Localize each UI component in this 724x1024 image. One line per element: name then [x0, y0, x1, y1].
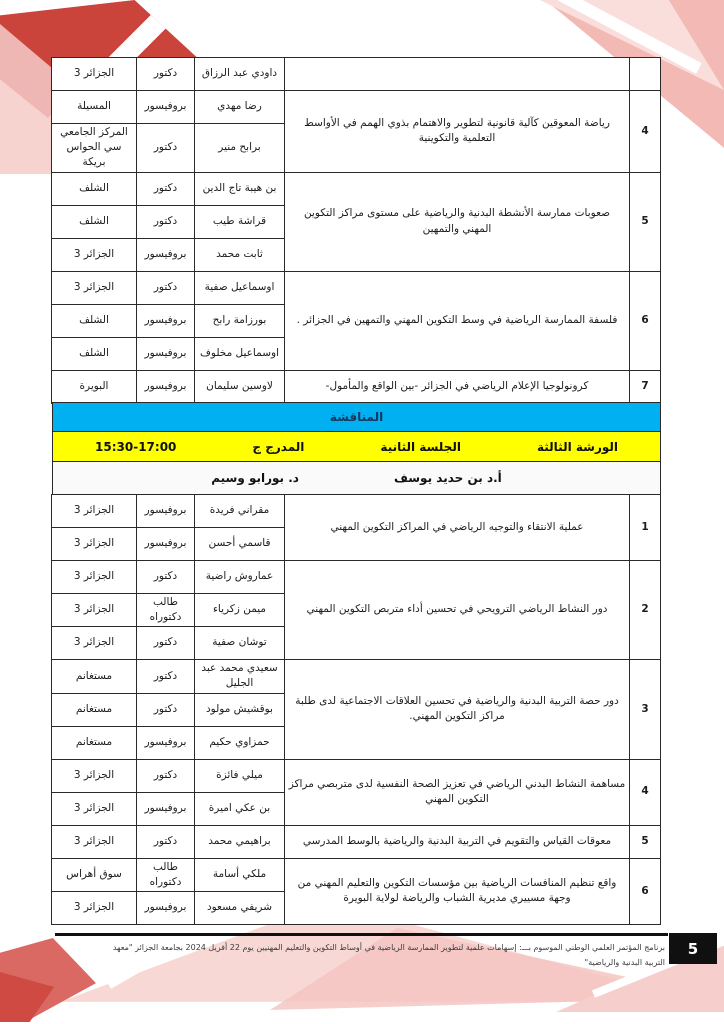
speaker-title: بروفيسور [137, 238, 195, 271]
chair1-name: أ.د بن حديد يوسف [394, 471, 502, 485]
speaker-name: ثابت محمد [195, 238, 285, 271]
speaker-title: طالب دكتوراه [137, 593, 195, 626]
speaker-affiliation: الجزائر 3 [52, 825, 137, 858]
speaker-name: ملكي أسامة [195, 858, 285, 891]
hall-label: المدرج ج [252, 440, 304, 454]
speaker-title: بروفيسور [137, 792, 195, 825]
speaker-title: بروفيسور [137, 370, 195, 403]
speaker-name: اوسماعيل مخلوف [195, 337, 285, 370]
speaker-name: برابح منير [195, 124, 285, 173]
speaker-name: شريفي مسعود [195, 891, 285, 924]
speaker-title: دكتور [137, 627, 195, 660]
page-number-badge: 5 [669, 933, 717, 964]
topic-cell: صعوبات ممارسة الأنشطة البدنية والرياضية … [285, 172, 630, 271]
row-number: 6 [630, 858, 661, 924]
speaker-affiliation: سوق أهراس [52, 858, 137, 891]
table-row: 3 دور حصة التربية البدنية والرياضية في ت… [52, 660, 661, 693]
row-number: 4 [630, 91, 661, 173]
row-number: 7 [630, 370, 661, 403]
program-content: داودي عبد الرزاق دكتور الجزائر 3 4 رياضة… [52, 57, 661, 925]
topic-cell: دور النشاط الرياضي الترويحي في تحسين أدا… [285, 560, 630, 659]
speaker-name: قراشة طيب [195, 205, 285, 238]
speaker-name: قاسمي أحسن [195, 527, 285, 560]
speaker-affiliation: الجزائر 3 [52, 238, 137, 271]
speaker-title: دكتور [137, 205, 195, 238]
row-number: 4 [630, 759, 661, 825]
table-row: 4 مساهمة النشاط البدني الرياضي في تعزيز … [52, 759, 661, 792]
speaker-name: مقراني فريدة [195, 494, 285, 527]
speaker-affiliation: مستغانم [52, 693, 137, 726]
speaker-affiliation: الشلف [52, 337, 137, 370]
topic-cell: معوقات القياس والتقويم في التربية البدني… [285, 825, 630, 858]
speaker-affiliation: الجزائر 3 [52, 792, 137, 825]
speaker-affiliation: البويرة [52, 370, 137, 403]
speaker-affiliation: المسيلة [52, 91, 137, 124]
speaker-name: اوسماعيل صفية [195, 271, 285, 304]
speaker-affiliation: الجزائر 3 [52, 891, 137, 924]
workshop3-table: 1 عملية الانتقاء والتوجيه الرياضي في الم… [51, 494, 661, 925]
topic-cell: فلسفة الممارسة الرياضية في وسط التكوين ا… [285, 271, 630, 370]
table-row: 7 كرونولوجيا الإعلام الرياضي في الجزائر … [52, 370, 661, 403]
table-row: داودي عبد الرزاق دكتور الجزائر 3 [52, 58, 661, 91]
row-number: 1 [630, 494, 661, 560]
row-number: 5 [630, 825, 661, 858]
document-page: داودي عبد الرزاق دكتور الجزائر 3 4 رياضة… [0, 0, 724, 1024]
speaker-name: بوقشيش مولود [195, 693, 285, 726]
workshop3-header-banner: الورشة الثالثة الجلسة الثانية المدرج ج 1… [52, 431, 661, 463]
chair2-name: د. بورابو وسيم [211, 471, 299, 485]
table-row: 4 رياضة المعوقين كآلية قانونية لتطوير وا… [52, 91, 661, 124]
speaker-affiliation: الشلف [52, 172, 137, 205]
speaker-name: ميلي فائزة [195, 759, 285, 792]
table-row: 5 صعوبات ممارسة الأنشطة البدنية والرياضي… [52, 172, 661, 205]
topic-cell: رياضة المعوقين كآلية قانونية لتطوير والا… [285, 91, 630, 173]
footer-note: برنامج المؤتمر العلمي الوطني الموسوم بــ… [95, 940, 665, 970]
table-row: 2 دور النشاط الرياضي الترويحي في تحسين أ… [52, 560, 661, 593]
discussion-banner: المناقشة [52, 402, 661, 432]
speaker-name: براهيمي محمد [195, 825, 285, 858]
speaker-affiliation: الجزائر 3 [52, 627, 137, 660]
topic-cell: كرونولوجيا الإعلام الرياضي في الجزائر -ب… [285, 370, 630, 403]
topic-cell: دور حصة التربية البدنية والرياضية في تحس… [285, 660, 630, 759]
row-number: 2 [630, 560, 661, 659]
speaker-title: دكتور [137, 560, 195, 593]
topic-cell: واقع تنظيم المنافسات الرياضية بين مؤسسات… [285, 858, 630, 924]
speaker-title: بروفيسور [137, 527, 195, 560]
speaker-title: دكتور [137, 271, 195, 304]
speaker-title: دكتور [137, 172, 195, 205]
speaker-name: داودي عبد الرزاق [195, 58, 285, 91]
speaker-title: دكتور [137, 58, 195, 91]
speaker-title: بروفيسور [137, 304, 195, 337]
speaker-title: بروفيسور [137, 494, 195, 527]
speaker-name: حمزاوي حكيم [195, 726, 285, 759]
speaker-title: دكتور [137, 759, 195, 792]
speaker-affiliation: الجزائر 3 [52, 593, 137, 626]
time-label: 15:30-17:00 [95, 440, 176, 454]
page-number: 5 [688, 940, 698, 958]
speaker-name: بورزامة رابح [195, 304, 285, 337]
speaker-name: لاوسين سليمان [195, 370, 285, 403]
workshop2-table: داودي عبد الرزاق دكتور الجزائر 3 4 رياضة… [51, 57, 661, 404]
speaker-affiliation: مستغانم [52, 660, 137, 693]
speaker-affiliation: الشلف [52, 205, 137, 238]
session-label: الجلسة الثانية [380, 440, 461, 454]
speaker-title: بروفيسور [137, 726, 195, 759]
speaker-affiliation: الجزائر 3 [52, 759, 137, 792]
session-chairs-row: أ.د بن حديد يوسف د. بورابو وسيم [52, 461, 661, 495]
topic-cell: مساهمة النشاط البدني الرياضي في تعزيز ال… [285, 759, 630, 825]
discussion-label: المناقشة [330, 410, 383, 424]
table-row: 1 عملية الانتقاء والتوجيه الرياضي في الم… [52, 494, 661, 527]
speaker-title: بروفيسور [137, 891, 195, 924]
speaker-name: بن هيبة تاج الدين [195, 172, 285, 205]
speaker-title: طالب دكتوراه [137, 858, 195, 891]
speaker-name: عماروش راضية [195, 560, 285, 593]
speaker-affiliation: الجزائر 3 [52, 527, 137, 560]
speaker-name: سعيدي محمد عبد الجليل [195, 660, 285, 693]
table-row: 6 واقع تنظيم المنافسات الرياضية بين مؤسس… [52, 858, 661, 891]
speaker-affiliation: الجزائر 3 [52, 58, 137, 91]
speaker-name: توشان صفية [195, 627, 285, 660]
speaker-affiliation: الجزائر 3 [52, 271, 137, 304]
topic-cell: عملية الانتقاء والتوجيه الرياضي في المرا… [285, 494, 630, 560]
workshop-title: الورشة الثالثة [537, 440, 618, 454]
topic-cell [285, 58, 630, 91]
speaker-affiliation: الشلف [52, 304, 137, 337]
speaker-affiliation: الجزائر 3 [52, 560, 137, 593]
row-number: 6 [630, 271, 661, 370]
speaker-name: ميمن زكرياء [195, 593, 285, 626]
row-number: 5 [630, 172, 661, 271]
speaker-title: دكتور [137, 124, 195, 173]
speaker-title: دكتور [137, 693, 195, 726]
speaker-name: رضا مهدي [195, 91, 285, 124]
table-row: 5 معوقات القياس والتقويم في التربية البد… [52, 825, 661, 858]
speaker-name: بن عكي اميرة [195, 792, 285, 825]
speaker-title: دكتور [137, 825, 195, 858]
speaker-title: دكتور [137, 660, 195, 693]
row-number: 3 [630, 660, 661, 759]
row-number [630, 58, 661, 91]
speaker-title: بروفيسور [137, 91, 195, 124]
speaker-title: بروفيسور [137, 337, 195, 370]
footer-divider-line [55, 933, 668, 936]
speaker-affiliation: مستغانم [52, 726, 137, 759]
speaker-affiliation: المركز الجامعي سي الحواس بريكة [52, 124, 137, 173]
table-row: 6 فلسفة الممارسة الرياضية في وسط التكوين… [52, 271, 661, 304]
speaker-affiliation: الجزائر 3 [52, 494, 137, 527]
